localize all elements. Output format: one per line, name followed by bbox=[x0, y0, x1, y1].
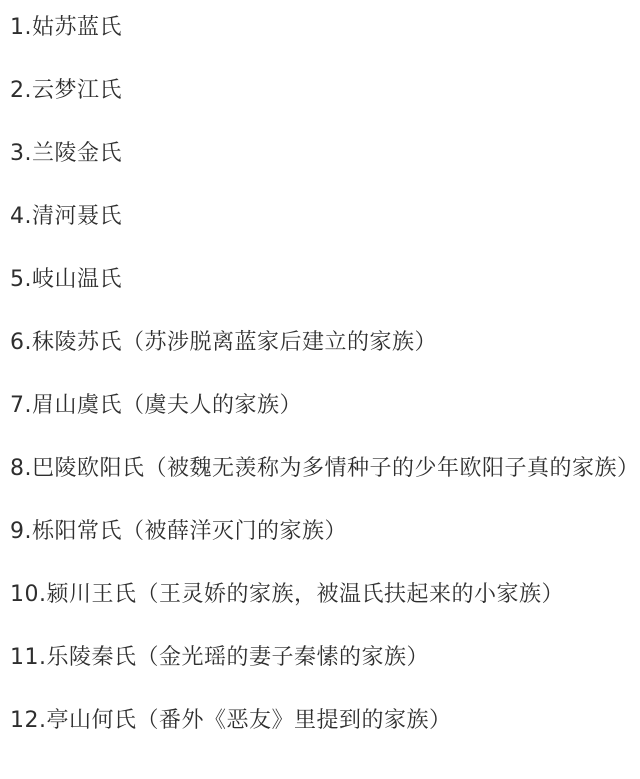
list-item: 7.眉山虞氏（虞夫人的家族） bbox=[10, 394, 630, 418]
list-item: 1.姑苏蓝氏 bbox=[10, 16, 630, 40]
list-item: 11.乐陵秦氏（金光瑶的妻子秦愫的家族） bbox=[10, 646, 630, 670]
clan-list: 1.姑苏蓝氏 2.云梦江氏 3.兰陵金氏 4.清河聂氏 5.岐山温氏 6.秣陵苏… bbox=[10, 16, 630, 733]
list-item: 8.巴陵欧阳氏（被魏无羡称为多情种子的少年欧阳子真的家族） bbox=[10, 457, 630, 481]
list-item: 9.栎阳常氏（被薛洋灭门的家族） bbox=[10, 520, 630, 544]
list-item: 6.秣陵苏氏（苏涉脱离蓝家后建立的家族） bbox=[10, 331, 630, 355]
list-item: 10.颍川王氏（王灵娇的家族，被温氏扶起来的小家族） bbox=[10, 583, 630, 607]
list-item: 4.清河聂氏 bbox=[10, 205, 630, 229]
list-item: 3.兰陵金氏 bbox=[10, 142, 630, 166]
list-item: 5.岐山温氏 bbox=[10, 268, 630, 292]
clan-list-page: 1.姑苏蓝氏 2.云梦江氏 3.兰陵金氏 4.清河聂氏 5.岐山温氏 6.秣陵苏… bbox=[0, 0, 640, 779]
list-item: 2.云梦江氏 bbox=[10, 79, 630, 103]
list-item: 12.亭山何氏（番外《恶友》里提到的家族） bbox=[10, 709, 630, 733]
